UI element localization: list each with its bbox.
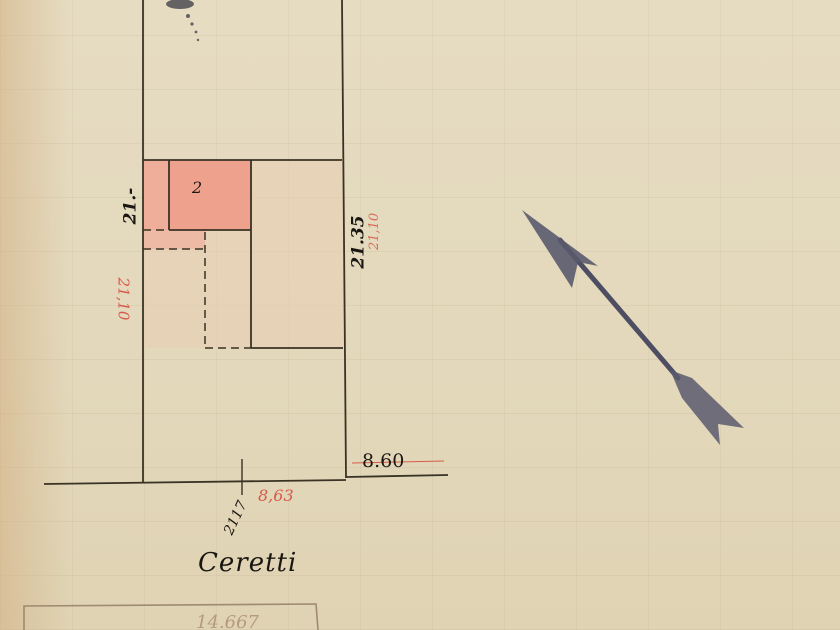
map-sheet: 2 21.- 21,10 21.35 21,10 8.60 8,63 2117 … xyxy=(0,0,840,630)
north-arrow-icon xyxy=(522,210,744,445)
stamp-box-outline xyxy=(24,604,318,630)
right-dimension-black: 21.35 xyxy=(349,215,369,268)
parcel-number: 2 xyxy=(192,178,202,197)
stamp-number: 14.667 xyxy=(196,612,259,630)
street-name: Ceretti xyxy=(198,548,297,578)
bottom-dimension-black: 8.60 xyxy=(362,450,404,472)
right-dimension-red: 21,10 xyxy=(367,213,382,250)
left-dimension-black: 21.- xyxy=(120,188,140,225)
ink-stain xyxy=(166,0,199,41)
parcel-fills xyxy=(143,160,343,348)
left-dimension-red: 21,10 xyxy=(114,278,132,321)
bottom-dimension-red: 8,63 xyxy=(258,486,294,505)
